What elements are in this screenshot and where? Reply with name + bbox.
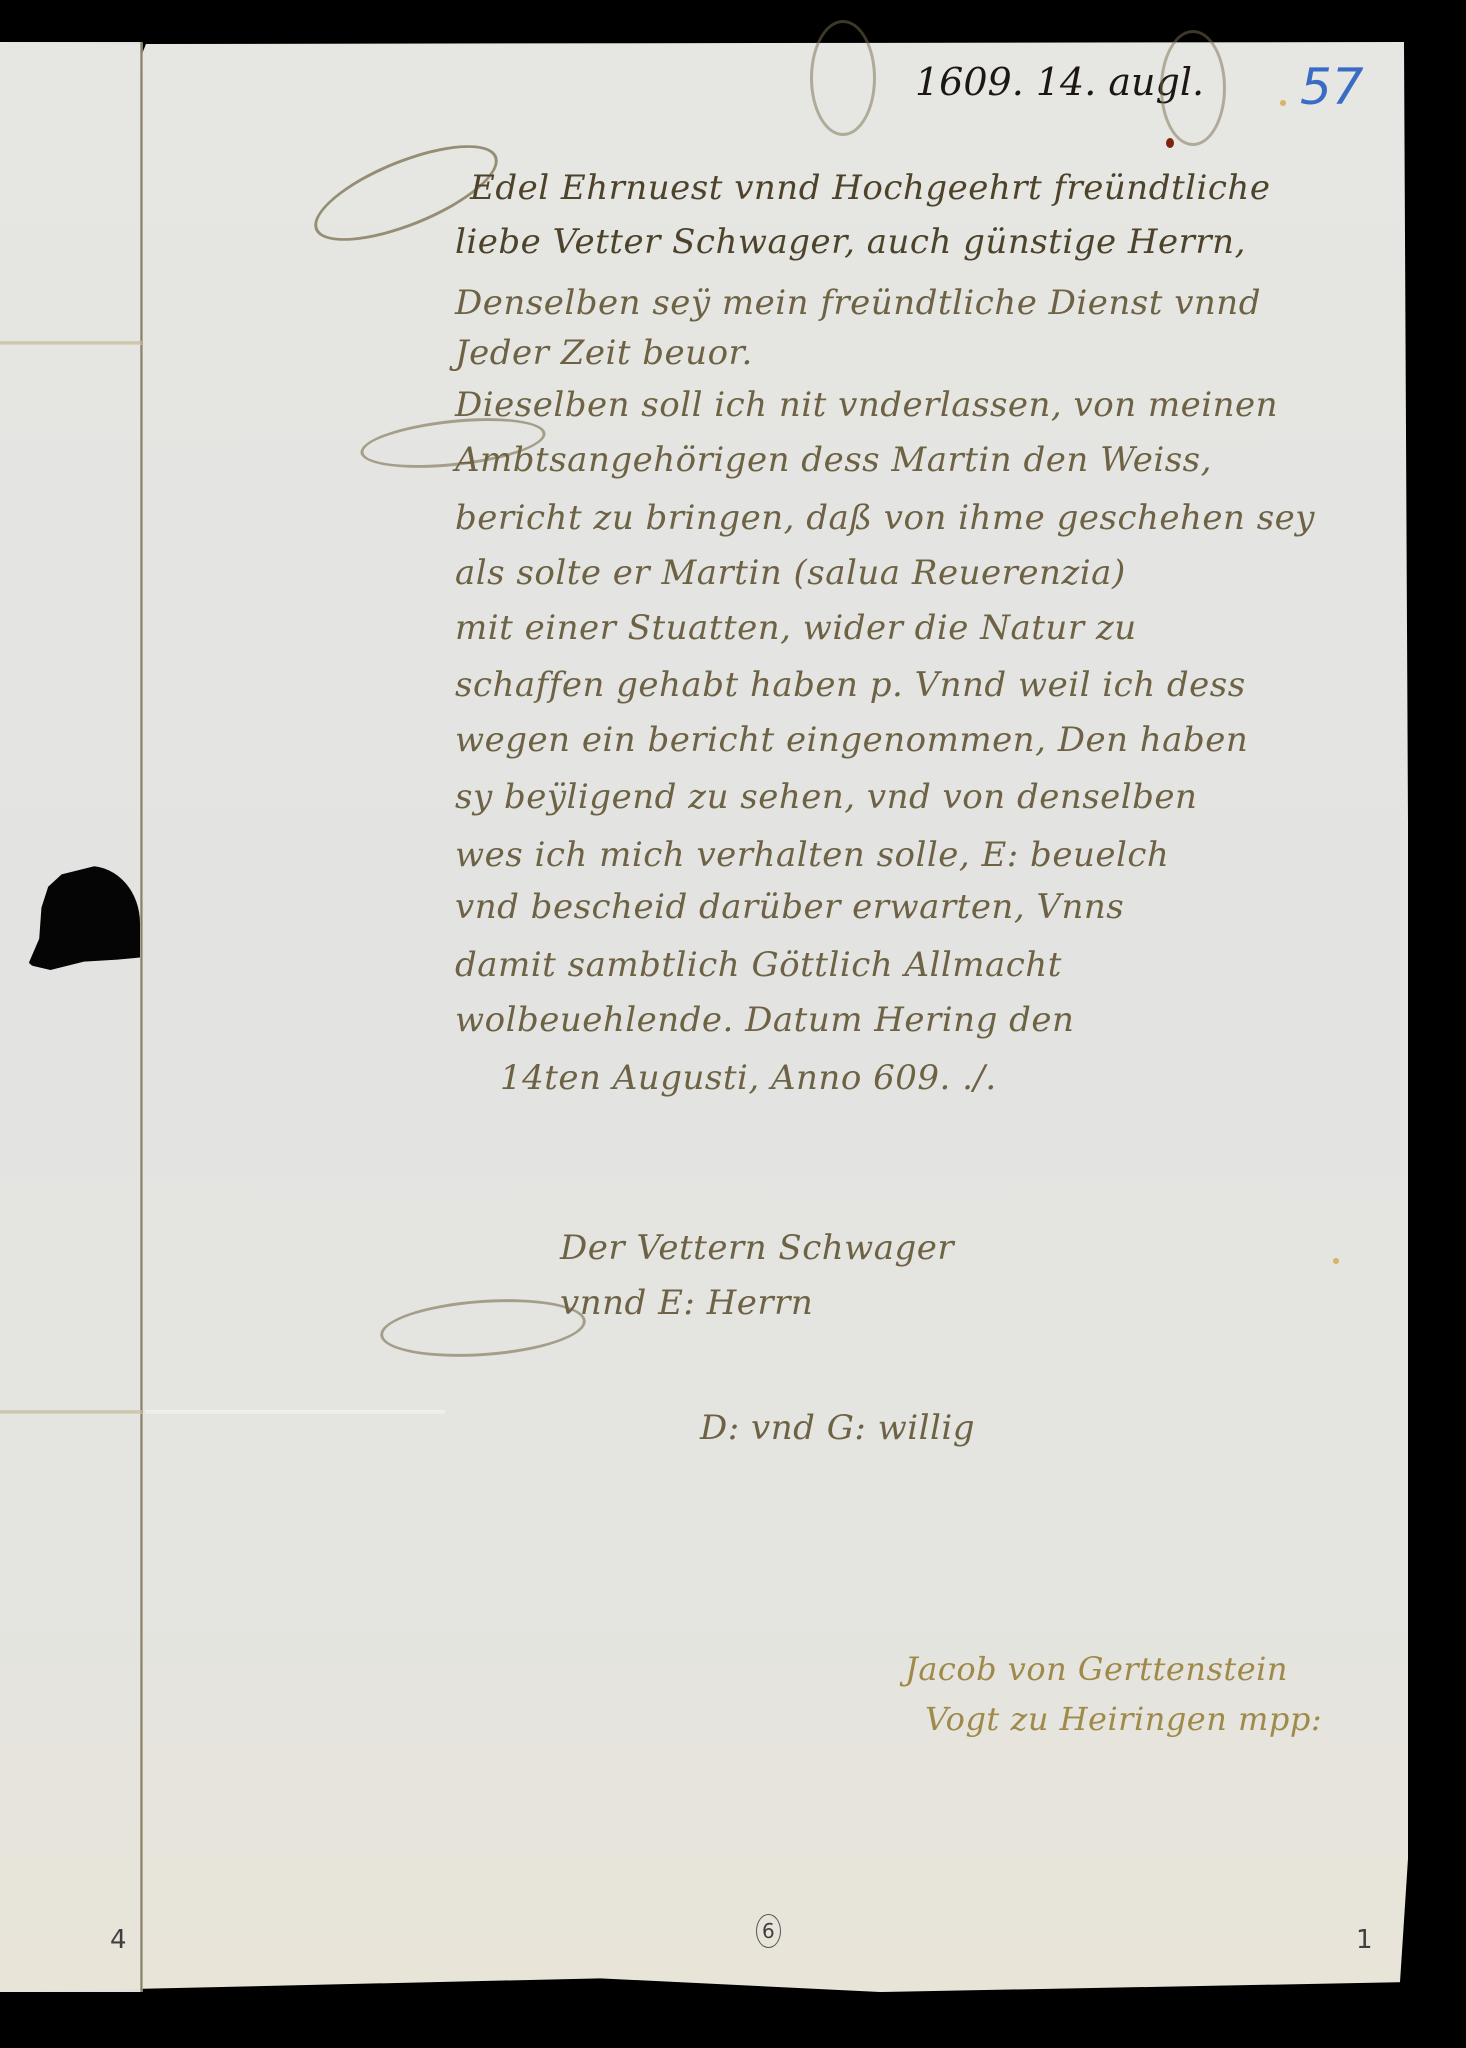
- body-line: vnd bescheid darüber erwarten, Vnns: [455, 887, 1124, 927]
- signature-name: Jacob von Gerttenstein: [905, 1650, 1288, 1688]
- stain: [1333, 1258, 1339, 1264]
- circled-number: 6: [756, 1915, 781, 1945]
- flourish-top-loop: [810, 20, 876, 136]
- body-line: 14ten Augusti, Anno 609. ./.: [500, 1058, 997, 1098]
- signature-title: Vogt zu Heiringen mpp:: [925, 1700, 1322, 1738]
- body-line: Dieselben soll ich nit vnderlassen, von …: [455, 385, 1278, 425]
- salutation-line: Denselben seÿ mein freündtliche Dienst v…: [455, 283, 1261, 323]
- salutation-line: Edel Ehrnuest vnnd Hochgeehrt freündtlic…: [470, 168, 1270, 208]
- body-line: schaffen gehabt haben p. Vnnd weil ich d…: [455, 665, 1246, 705]
- body-line: sy beÿligend zu sehen, vnd von denselben: [455, 777, 1197, 817]
- fold-line-lower: [0, 1410, 142, 1414]
- spine-fold: [140, 42, 143, 1992]
- stain: [1280, 100, 1286, 106]
- flourish-top-loop-right: [1160, 30, 1226, 146]
- body-line: wegen ein bericht eingenommen, Den haben: [455, 720, 1248, 760]
- body-line: mit einer Stuatten, wider die Natur zu: [455, 608, 1137, 648]
- page-number: 1: [1356, 1925, 1373, 1955]
- fold-line-lower-faint: [145, 1410, 445, 1414]
- body-line: wolbeuehlende. Datum Hering den: [455, 1000, 1074, 1040]
- body-line: als solte er Martin (salua Reuerenzia): [455, 553, 1126, 593]
- body-line: damit sambtlich Göttlich Allmacht: [455, 945, 1062, 985]
- closing-line: Der Vettern Schwager: [560, 1228, 954, 1268]
- body-line: wes ich mich verhalten solle, E: beuelch: [455, 835, 1169, 875]
- leaf-number: 4: [110, 1925, 127, 1955]
- circled-number-text: 6: [756, 1914, 781, 1948]
- salutation-line: liebe Vetter Schwager, auch günstige Her…: [455, 222, 1246, 262]
- closing-line: D: vnd G: willig: [700, 1408, 975, 1448]
- ink-blot: [1166, 138, 1174, 148]
- body-line: Ambtsangehörigen dess Martin den Weiss,: [455, 440, 1212, 480]
- closing-line: vnnd E: Herrn: [560, 1283, 813, 1323]
- salutation-line: Jeder Zeit beuor.: [455, 333, 753, 373]
- body-line: bericht zu bringen, daß von ihme gescheh…: [455, 498, 1315, 538]
- fold-line-upper: [0, 341, 142, 345]
- folio-number: 57: [1300, 58, 1364, 116]
